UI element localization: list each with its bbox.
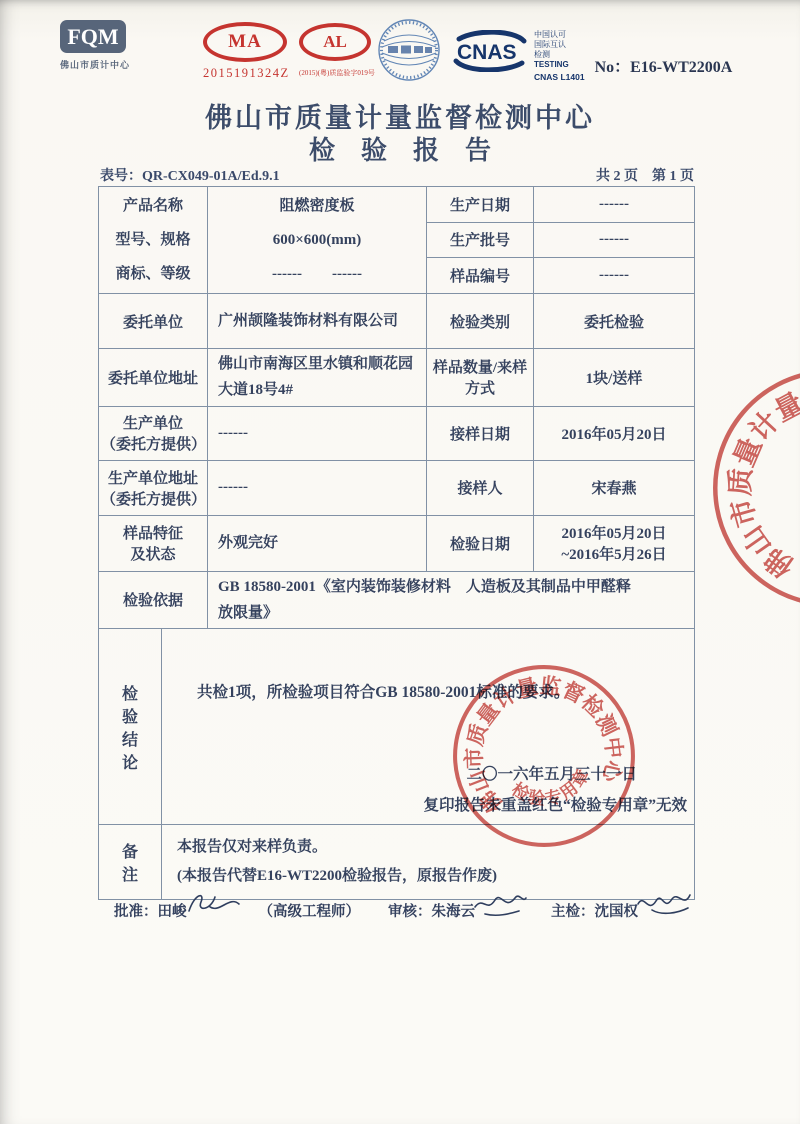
- insp-date-value-1: 2016年05月20日: [538, 522, 690, 543]
- cal-ring-icon: AL: [299, 23, 371, 61]
- sample-qty-label: 样品数量/来样方式: [427, 349, 534, 407]
- cnas-line-3: 检测: [534, 50, 585, 60]
- conclusion-char-1: 检: [122, 681, 138, 704]
- client-addr-value: 佛山市南海区里水镇和顺花园大道18号4#: [208, 349, 427, 407]
- batch-value: ------: [534, 222, 695, 258]
- insp-date-value-2: ~2016年5月26日: [538, 543, 690, 564]
- cma-letters: MA: [228, 31, 262, 53]
- prod-date-label: 生产日期: [427, 187, 534, 223]
- cnas-caption: 中国认可 国际互认 检测 TESTING CNAS L1401: [534, 30, 585, 82]
- conclusion-label-cell: 检 验 结 论: [99, 629, 162, 825]
- conclusion-note: 复印报告未重盖红色“检验专用章”无效: [163, 793, 693, 815]
- cnas-testing: TESTING: [534, 60, 585, 70]
- blue-round-seal-icon: [376, 17, 442, 88]
- sample-state-label: 样品特征: [101, 522, 205, 543]
- stamp-ring-text: 佛山市质量计量监督检测中心: [686, 342, 800, 592]
- sample-state-label-cell: 样品特征 及状态: [99, 515, 208, 571]
- conclusion-cell: 共检1项，所检验项目符合GB 18580-2001标准的要求。 二〇一六年五月三…: [162, 629, 695, 825]
- report-number-label: No：: [595, 59, 631, 76]
- chief-signature-icon: [634, 887, 694, 921]
- producer-addr-label-cell: 生产单位地址 （委托方提供）: [99, 460, 208, 515]
- signature-row: 批准： 田峻 （高级工程师） 审核： 朱海云 主检： 沈国权: [98, 899, 738, 921]
- review-signature-icon: [471, 887, 529, 921]
- producer-label: 生产单位: [101, 412, 205, 433]
- product-value-cell: 阻燃密度板 600×600(mm) ------ ------: [208, 187, 427, 294]
- client-label: 委托单位: [99, 294, 208, 349]
- basis-label: 检验依据: [99, 571, 208, 629]
- recv-date-value: 2016年05月20日: [534, 406, 695, 460]
- fqm-caption: 佛山市质计中心: [60, 58, 130, 71]
- producer-label-cell: 生产单位 （委托方提供）: [99, 406, 208, 460]
- producer-label-sub: （委托方提供）: [101, 433, 205, 454]
- approve-label: 批准：: [114, 900, 158, 921]
- cnas-cert: CNAS L1401: [534, 72, 585, 82]
- cnas-line-1: 中国认可: [534, 30, 585, 40]
- sample-state-label-sub: 及状态: [101, 543, 205, 564]
- basis-value: GB 18580-2001《室内装饰装修材料 人造板及其制品中甲醛释放限量》: [208, 571, 695, 629]
- report-page: FQM 佛山市质计中心 MA 2015191324Z AL (2015)(粤)质…: [0, 0, 800, 1124]
- receiver-label: 接样人: [427, 460, 534, 515]
- stamp-bottom-text: 检验专用章: [791, 479, 800, 575]
- doc-title: 检验报告: [0, 130, 800, 167]
- cma-logo: MA 2015191324Z: [203, 22, 290, 81]
- cma-number: 2015191324Z: [203, 66, 290, 81]
- remark-label-cell: 备 注: [99, 825, 162, 900]
- receiver-value: 宋春燕: [534, 460, 695, 515]
- fqm-logo-text: FQM: [60, 20, 126, 53]
- cal-letters: AL: [323, 32, 347, 52]
- report-number: No：E16-WT2200A: [595, 54, 733, 77]
- sample-no-value: ------: [534, 258, 695, 294]
- chief-label: 主检：: [551, 900, 595, 921]
- insp-type-label: 检验类别: [427, 294, 534, 349]
- conclusion-char-2: 验: [122, 704, 138, 727]
- product-label-3: 商标、等级: [101, 257, 205, 291]
- producer-value: ------: [208, 406, 427, 460]
- approve-signature-icon: [183, 887, 245, 921]
- sample-qty-value: 1块/送样: [534, 349, 695, 407]
- cal-number: (2015)(粤)质监验字019号: [299, 68, 375, 78]
- cnas-text: CNAS: [457, 41, 517, 64]
- review-label: 审核：: [388, 900, 432, 921]
- remark-char-1: 备: [122, 839, 138, 862]
- conclusion-text: 共检1项，所检验项目符合GB 18580-2001标准的要求。: [197, 680, 683, 702]
- header-logos: FQM 佛山市质计中心 MA 2015191324Z AL (2015)(粤)质…: [0, 14, 800, 100]
- svg-text:检验专用章: 检验专用章: [791, 479, 800, 575]
- report-number-value: E16-WT2200A: [630, 59, 732, 76]
- producer-addr-value: ------: [208, 460, 427, 515]
- sample-no-label: 样品编号: [427, 258, 534, 294]
- review-name: 朱海云: [432, 900, 476, 921]
- product-name-label-cell: 产品名称 型号、规格 商标、等级: [99, 187, 208, 294]
- client-addr-label: 委托单位地址: [99, 349, 208, 407]
- engineer-note: （高级工程师）: [259, 900, 361, 921]
- product-label-2: 型号、规格: [101, 223, 205, 257]
- product-value-3: ------ ------: [212, 257, 422, 291]
- insp-date-label: 检验日期: [427, 515, 534, 571]
- cal-logo: AL (2015)(粤)质监验字019号: [299, 23, 375, 78]
- cnas-line-2: 国际互认: [534, 40, 585, 50]
- report-table: 产品名称 型号、规格 商标、等级 阻燃密度板 600×600(mm) -----…: [98, 186, 695, 900]
- cma-ring-icon: MA: [203, 22, 287, 62]
- conclusion-char-3: 结: [122, 727, 138, 750]
- insp-date-value-cell: 2016年05月20日 ~2016年5月26日: [534, 515, 695, 571]
- page-indicator: 共 2 页 第 1 页: [596, 165, 694, 185]
- conclusion-char-4: 论: [122, 750, 138, 773]
- chief-name: 沈国权: [595, 900, 639, 921]
- sample-state-value: 外观完好: [208, 515, 427, 571]
- product-value-1: 阻燃密度板: [212, 189, 422, 223]
- client-value: 广州颉隆装饰材料有限公司: [208, 294, 427, 349]
- remark-char-2: 注: [122, 862, 138, 885]
- remark-line-1: 本报告仅对来样负责。: [163, 833, 693, 862]
- cnas-block: CNAS 中国认可 国际互认 检测 TESTING CNAS L1401 No：…: [452, 30, 732, 82]
- producer-addr-label: 生产单位地址: [101, 467, 205, 488]
- recv-date-label: 接样日期: [427, 406, 534, 460]
- form-number: 表号：QR-CX049-01A/Ed.9.1: [100, 165, 280, 185]
- fqm-logo: FQM 佛山市质计中心: [60, 20, 130, 71]
- product-label-1: 产品名称: [101, 189, 205, 223]
- meta-row: 表号：QR-CX049-01A/Ed.9.1 共 2 页 第 1 页: [100, 165, 694, 185]
- producer-addr-label-sub: （委托方提供）: [101, 488, 205, 509]
- insp-type-value: 委托检验: [534, 294, 695, 349]
- batch-label: 生产批号: [427, 222, 534, 258]
- cnas-logo-icon: CNAS: [452, 30, 528, 72]
- product-value-2: 600×600(mm): [212, 223, 422, 257]
- prod-date-value: ------: [534, 187, 695, 223]
- svg-text:佛山市质量计量监督检测中心: 佛山市质量计量监督检测中心: [686, 342, 800, 592]
- conclusion-date: 二〇一六年五月三十一日: [163, 762, 693, 784]
